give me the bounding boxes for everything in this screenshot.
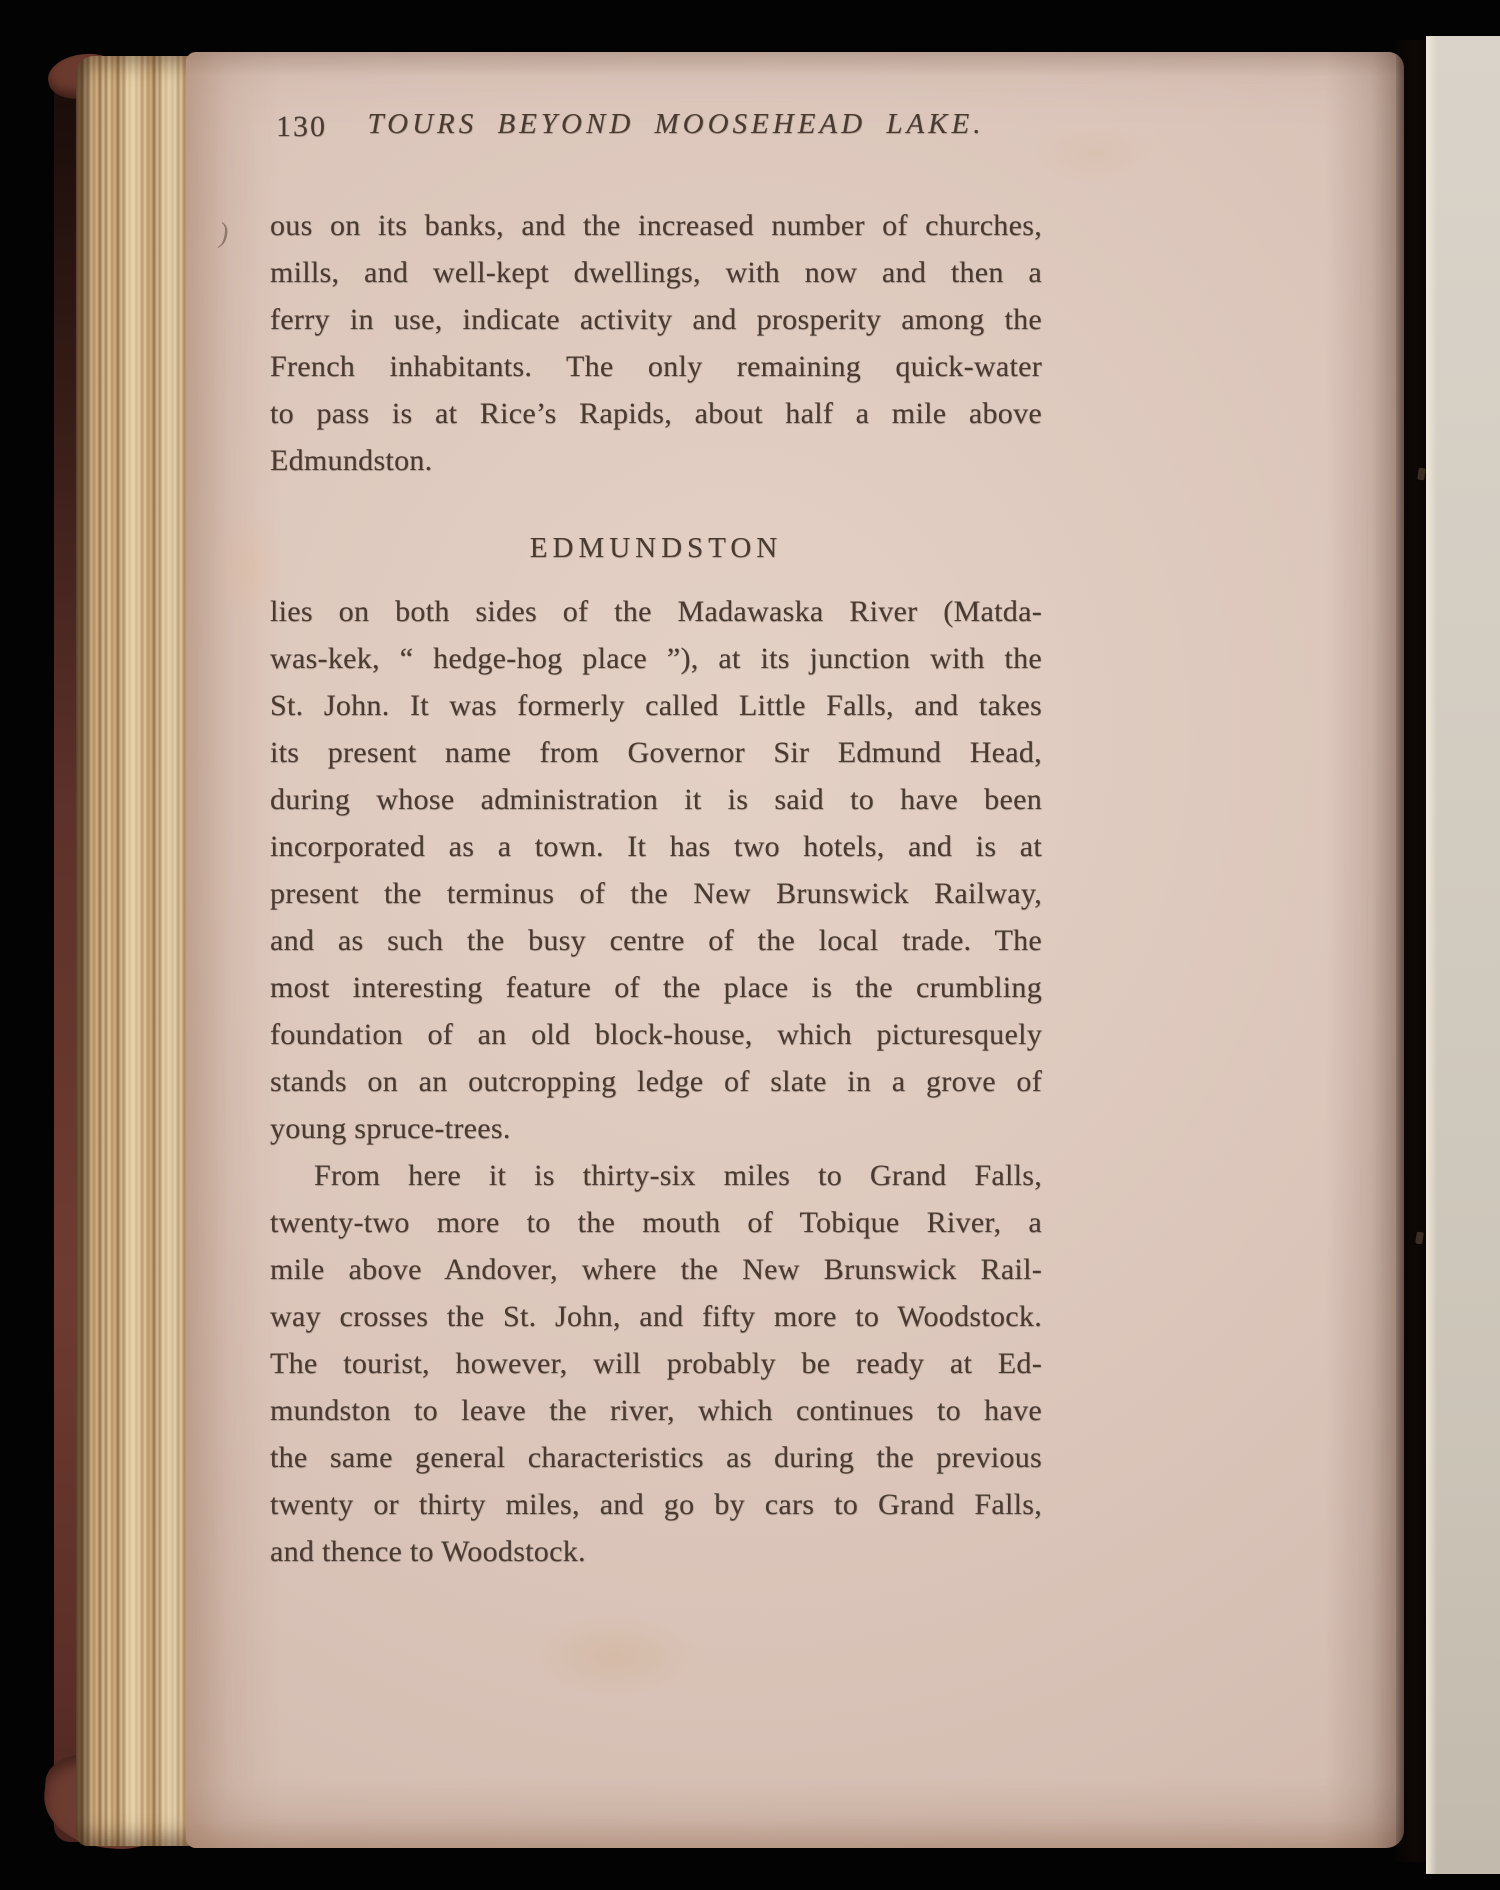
- printed-text-block: 130 TOURS BEYOND MOOSEHEAD LAKE. ous on …: [270, 108, 1042, 1575]
- book-page: ) 130 TOURS BEYOND MOOSEHEAD LAKE. ous o…: [186, 52, 1404, 1848]
- text-line: twenty-two more to the mouth of Tobique …: [270, 1199, 1042, 1246]
- text-line: St. John. It was formerly called Little …: [270, 682, 1042, 729]
- text-line: and thence to Woodstock.: [270, 1528, 1042, 1575]
- running-title: TOURS BEYOND MOOSEHEAD LAKE.: [270, 108, 1042, 141]
- page-number: 130: [276, 110, 327, 144]
- stray-pen-mark: ): [219, 218, 228, 250]
- text-line: twenty or thirty miles, and go by cars t…: [270, 1481, 1042, 1528]
- page-stack-fore-edge: [76, 56, 196, 1846]
- text-line: ous on its banks, and the increased numb…: [270, 202, 1042, 249]
- text-line: From here it is thirty-six miles to Gran…: [270, 1152, 1042, 1199]
- text-line: during whose administration it is said t…: [270, 776, 1042, 823]
- running-header: 130 TOURS BEYOND MOOSEHEAD LAKE.: [270, 108, 1042, 150]
- paragraph: lies on both sides of the Madawaska Rive…: [270, 588, 1042, 1152]
- book-photograph: ) 130 TOURS BEYOND MOOSEHEAD LAKE. ous o…: [0, 0, 1500, 1890]
- text-line: way crosses the St. John, and fifty more…: [270, 1293, 1042, 1340]
- text-line: the same general characteristics as duri…: [270, 1434, 1042, 1481]
- text-line: Edmundston.: [270, 437, 1042, 484]
- binding-gutter-shadow: [1396, 40, 1428, 1862]
- text-line: present the terminus of the New Brunswic…: [270, 870, 1042, 917]
- text-line: most interesting feature of the place is…: [270, 964, 1042, 1011]
- text-line: its present name from Governor Sir Edmun…: [270, 729, 1042, 776]
- text-line: young spruce-trees.: [270, 1105, 1042, 1152]
- text-line: ferry in use, indicate activity and pros…: [270, 296, 1042, 343]
- paragraph: From here it is thirty-six miles to Gran…: [270, 1152, 1042, 1575]
- text-line: lies on both sides of the Madawaska Rive…: [270, 588, 1042, 635]
- text-line: mills, and well-kept dwellings, with now…: [270, 249, 1042, 296]
- text-line: foundation of an old block-house, which …: [270, 1011, 1042, 1058]
- text-line: French inhabitants. The only remaining q…: [270, 343, 1042, 390]
- text-line: was-kek, “ hedge-hog place ”), at its ju…: [270, 635, 1042, 682]
- text-line: stands on an outcropping ledge of slate …: [270, 1058, 1042, 1105]
- paragraph: ous on its banks, and the increased numb…: [270, 202, 1042, 484]
- text-line: mile above Andover, where the New Brunsw…: [270, 1246, 1042, 1293]
- text-line: and as such the busy centre of the local…: [270, 917, 1042, 964]
- text-line: to pass is at Rice’s Rapids, about half …: [270, 390, 1042, 437]
- text-line: incorporated as a town. It has two hotel…: [270, 823, 1042, 870]
- facing-page-edge: [1426, 36, 1500, 1874]
- section-heading: EDMUNDSTON: [270, 528, 1042, 568]
- text-line: The tourist, however, will probably be r…: [270, 1340, 1042, 1387]
- text-line: mundston to leave the river, which conti…: [270, 1387, 1042, 1434]
